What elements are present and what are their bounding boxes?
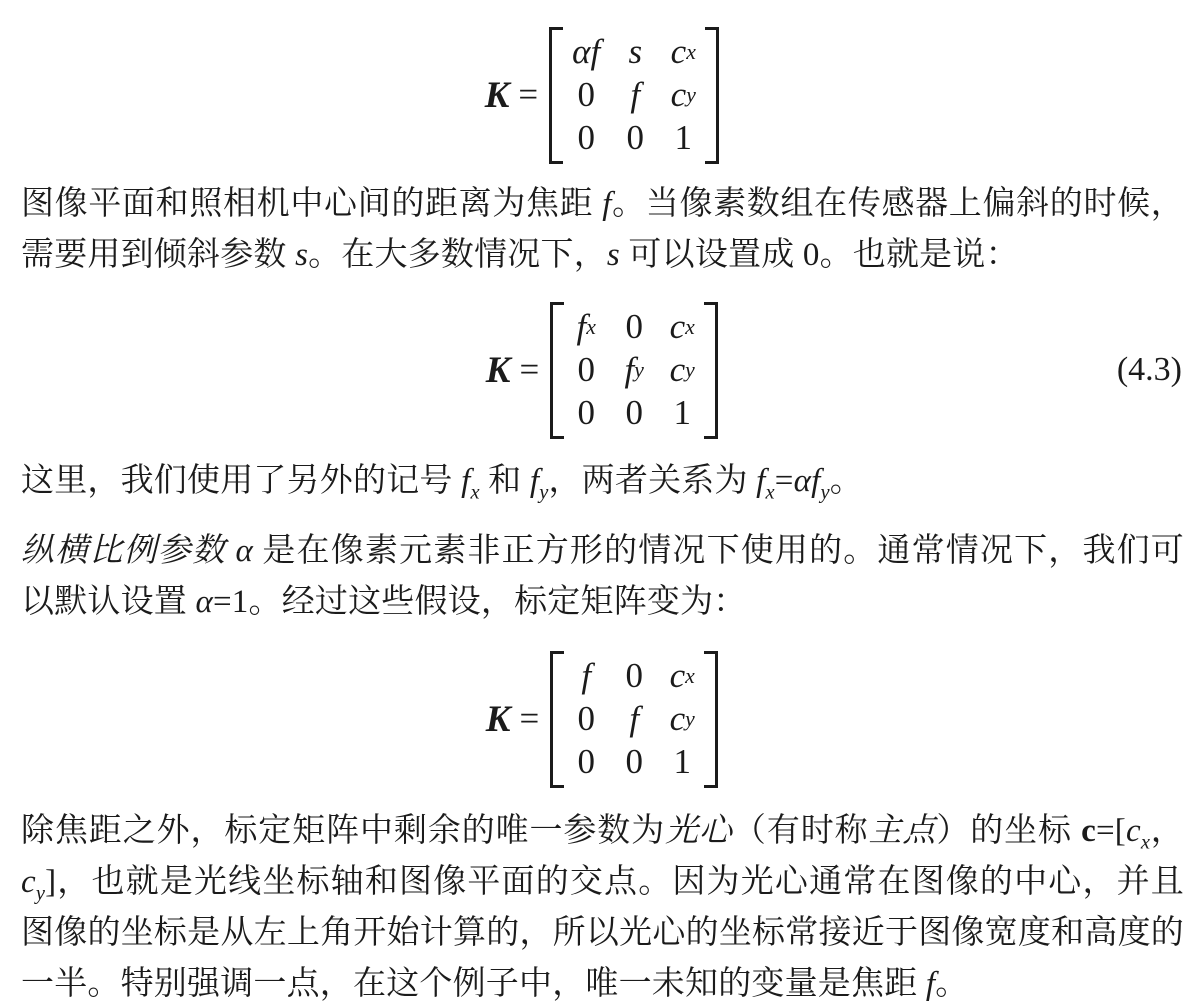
math-symbol-f: f — [602, 186, 611, 222]
text-segment: 这里，我们使用了另外的记号 — [21, 463, 461, 499]
text-segment: ，两者关系为 — [548, 463, 756, 499]
math-subscript: x — [470, 482, 479, 504]
text-segment: ）的坐标 — [936, 813, 1081, 849]
matrix-cell: 0 — [621, 655, 647, 698]
matrix: αf s cx 0 f cy 0 0 1 — [549, 27, 719, 164]
emphasis-term-aspect-ratio: 纵横比例参数 — [21, 533, 235, 569]
text-segment: 。在大多数情况下， — [308, 237, 607, 273]
text-segment: =1。经过这些假设，标定矩阵变为： — [213, 584, 747, 620]
matrix-cell: 0 — [572, 74, 600, 117]
equals-sign: = — [518, 75, 538, 115]
math-symbol-s: s — [295, 237, 308, 273]
matrix-cell: s — [622, 31, 648, 74]
math-symbol-alpha: α — [235, 533, 253, 569]
matrix-cell: cx — [669, 655, 695, 698]
matrix-cell: 0 — [622, 117, 648, 160]
math-symbol-c-bold: c — [1081, 813, 1096, 849]
left-bracket — [550, 651, 564, 788]
matrix-symbol-K: K — [486, 698, 511, 741]
matrix-cell: fx — [573, 306, 599, 349]
matrix-grid: f 0 cx 0 f cy 0 0 1 — [564, 651, 704, 788]
math-symbol-alpha-fy: αf — [794, 463, 821, 499]
equation-number: (4.3) — [1117, 351, 1182, 389]
equation-4-3: K = fx 0 cx 0 fy cy 0 0 1 (4.3) — [0, 300, 1204, 440]
matrix-grid: fx 0 cx 0 fy cy 0 0 1 — [564, 302, 704, 439]
matrix-symbol-K: K — [486, 349, 511, 392]
right-bracket — [704, 302, 718, 439]
paragraph-aspect-ratio: 纵横比例参数 α 是在像素元素非正方形的情况下使用的。通常情况下，我们可以默认设… — [21, 526, 1184, 628]
equation-body: K = f 0 cx 0 f cy 0 0 1 — [486, 651, 718, 788]
math-symbol-cy: c — [21, 864, 36, 900]
math-subscript: y — [36, 883, 45, 905]
paragraph-focal-length-skew: 图像平面和照相机中心间的距离为焦距 f。当像素数组在传感器上偏斜的时候，需要用到… — [21, 179, 1184, 281]
right-bracket — [705, 27, 719, 164]
text-segment: ]，也就是光线坐标轴和图像平面的交点。因为光心通常在图像的中心，并且图像的坐标是… — [21, 864, 1184, 1002]
matrix-symbol-K: K — [485, 74, 510, 117]
math-subscript: y — [821, 482, 830, 504]
paragraph-optical-center: 除焦距之外，标定矩阵中剩余的唯一参数为光心（有时称主点）的坐标 c=[cx，cy… — [21, 806, 1184, 1004]
math-symbol-s: s — [607, 237, 620, 273]
math-symbol-alpha: α — [195, 584, 213, 620]
matrix-cell: 0 — [573, 392, 599, 435]
right-bracket — [704, 651, 718, 788]
paragraph-fx-fy-relation: 这里，我们使用了另外的记号 fx 和 fy，两者关系为 fx=αfy。 — [21, 456, 1184, 507]
math-subscript: x — [766, 482, 775, 504]
matrix-cell: 0 — [621, 392, 647, 435]
text-segment: 。 — [830, 463, 863, 499]
matrix-cell: fy — [621, 349, 647, 392]
matrix: f 0 cx 0 f cy 0 0 1 — [550, 651, 718, 788]
matrix-cell: f — [622, 74, 648, 117]
math-symbol-f: f — [926, 966, 935, 1002]
equals-open-bracket: =[ — [1096, 813, 1126, 849]
matrix-cell: 0 — [573, 698, 599, 741]
matrix-cell: αf — [572, 31, 600, 74]
matrix-grid: αf s cx 0 f cy 0 0 1 — [563, 27, 705, 164]
equals-sign: = — [775, 463, 794, 499]
math-subscript: x — [1141, 832, 1150, 854]
text-segment: （有时称 — [733, 813, 869, 849]
text-segment: 图像平面和照相机中心间的距离为焦距 — [21, 186, 602, 222]
matrix-cell: 0 — [573, 349, 599, 392]
matrix-cell: cx — [669, 306, 695, 349]
math-symbol-fy: f — [530, 463, 539, 499]
matrix-cell: f — [573, 655, 599, 698]
matrix: fx 0 cx 0 fy cy 0 0 1 — [550, 302, 718, 439]
left-bracket — [550, 302, 564, 439]
matrix-cell: 1 — [669, 741, 695, 784]
matrix-cell: cy — [669, 349, 695, 392]
text-segment: 和 — [480, 463, 530, 499]
equation-calibration-matrix-simplified: K = f 0 cx 0 f cy 0 0 1 — [0, 648, 1204, 790]
text-segment: 除焦距之外，标定矩阵中剩余的唯一参数为 — [21, 813, 665, 849]
text-segment: 。 — [935, 966, 968, 1002]
emphasis-term-principal-point: 主点 — [869, 813, 937, 849]
emphasis-term-optical-center: 光心 — [665, 813, 733, 849]
matrix-cell: cy — [669, 698, 695, 741]
document-page: K = αf s cx 0 f cy 0 0 1 图像平面和照相机中心间的距离为 — [0, 0, 1204, 1004]
matrix-cell: 0 — [621, 306, 647, 349]
matrix-cell: cx — [670, 31, 696, 74]
matrix-cell: 0 — [572, 117, 600, 160]
text-segment: ， — [1150, 813, 1184, 849]
matrix-cell: 0 — [621, 741, 647, 784]
matrix-cell: f — [621, 698, 647, 741]
text-segment: 可以设置成 0。也就是说： — [620, 237, 1019, 273]
left-bracket — [549, 27, 563, 164]
equation-body: K = fx 0 cx 0 fy cy 0 0 1 — [486, 302, 718, 439]
equals-sign: = — [519, 350, 539, 390]
equation-body: K = αf s cx 0 f cy 0 0 1 — [485, 27, 720, 164]
math-symbol-fx: f — [756, 463, 765, 499]
equation-calibration-matrix-skew: K = αf s cx 0 f cy 0 0 1 — [0, 25, 1204, 165]
matrix-cell: cy — [670, 74, 696, 117]
equals-sign: = — [519, 699, 539, 739]
math-symbol-cx: c — [1126, 813, 1141, 849]
matrix-cell: 1 — [670, 117, 696, 160]
matrix-cell: 1 — [669, 392, 695, 435]
matrix-cell: 0 — [573, 741, 599, 784]
